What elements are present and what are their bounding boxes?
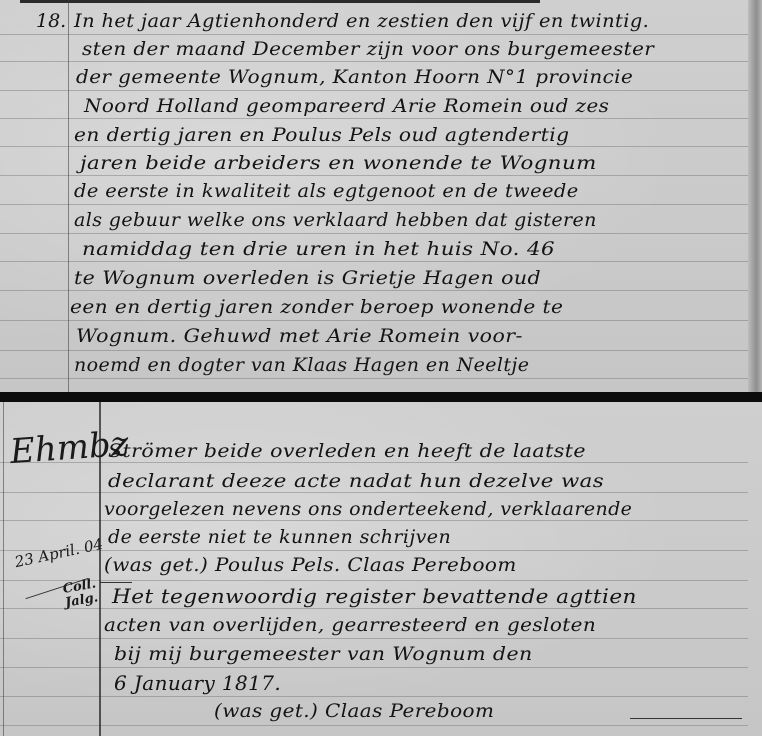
text-line: namiddag ten drie uren in het huis No. 4…: [82, 238, 555, 260]
signature-line: (was get.) Claas Pereboom: [214, 700, 494, 722]
text-line: 6 January 1817.: [114, 671, 281, 695]
register-page-bottom: Ehmbz 23 April. 04 Coll. Jalg. Strömer b…: [0, 402, 762, 736]
text-line: Wognum. Gehuwd met Arie Romein voor-: [76, 325, 523, 347]
text-line: Noord Holland geompareerd Arie Romein ou…: [84, 95, 609, 117]
text-line: der gemeente Wognum, Kanton Hoorn N°1 pr…: [76, 66, 633, 88]
text-line: Het tegenwoordig register bevattende agt…: [112, 584, 637, 608]
entry-number: 18.: [36, 10, 66, 32]
register-page-top: 18. In het jaar Agtienhonderd en zestien…: [0, 0, 762, 392]
text-line: sten der maand December zijn voor ons bu…: [82, 38, 654, 60]
signature-underline: [630, 718, 742, 719]
text-line: declarant deeze acte nadat hun dezelve w…: [108, 470, 604, 492]
text-line: de eerste in kwaliteit als egtgenoot en …: [74, 180, 579, 202]
margin-line: [68, 0, 69, 392]
text-line: Strömer beide overleden en heeft de laat…: [108, 440, 586, 462]
page-edge: [748, 0, 762, 392]
document-scan: 18. In het jaar Agtienhonderd en zestien…: [0, 0, 762, 736]
text-line: een en dertig jaren zonder beroep wonend…: [70, 296, 563, 318]
margin-collation-note: Coll. Jalg.: [62, 577, 100, 610]
text-line: acten van overlijden, gearresteerd en ge…: [104, 614, 596, 636]
page-divider-bar: [0, 392, 762, 402]
text-line: de eerste niet te kunnen schrijven: [108, 526, 451, 548]
text-line: voorgelezen nevens ons onderteekend, ver…: [104, 498, 632, 520]
text-line: als gebuur welke ons verklaard hebben da…: [74, 209, 597, 231]
text-line: jaren beide arbeiders en wonende te Wogn…: [80, 152, 597, 174]
text-line: en dertig jaren en Poulus Pels oud agten…: [74, 124, 569, 146]
text-line: (was get.) Poulus Pels. Claas Pereboom: [104, 554, 517, 576]
text-line: bij mij burgemeester van Wognum den: [114, 643, 533, 665]
text-line: In het jaar Agtienhonderd en zestien den…: [74, 10, 649, 32]
text-line: noemd en dogter van Klaas Hagen en Neelt…: [74, 354, 529, 376]
left-margin-line: [3, 402, 4, 736]
text-line: te Wognum overleden is Grietje Hagen oud: [74, 267, 541, 289]
signature-rule: [100, 582, 132, 583]
